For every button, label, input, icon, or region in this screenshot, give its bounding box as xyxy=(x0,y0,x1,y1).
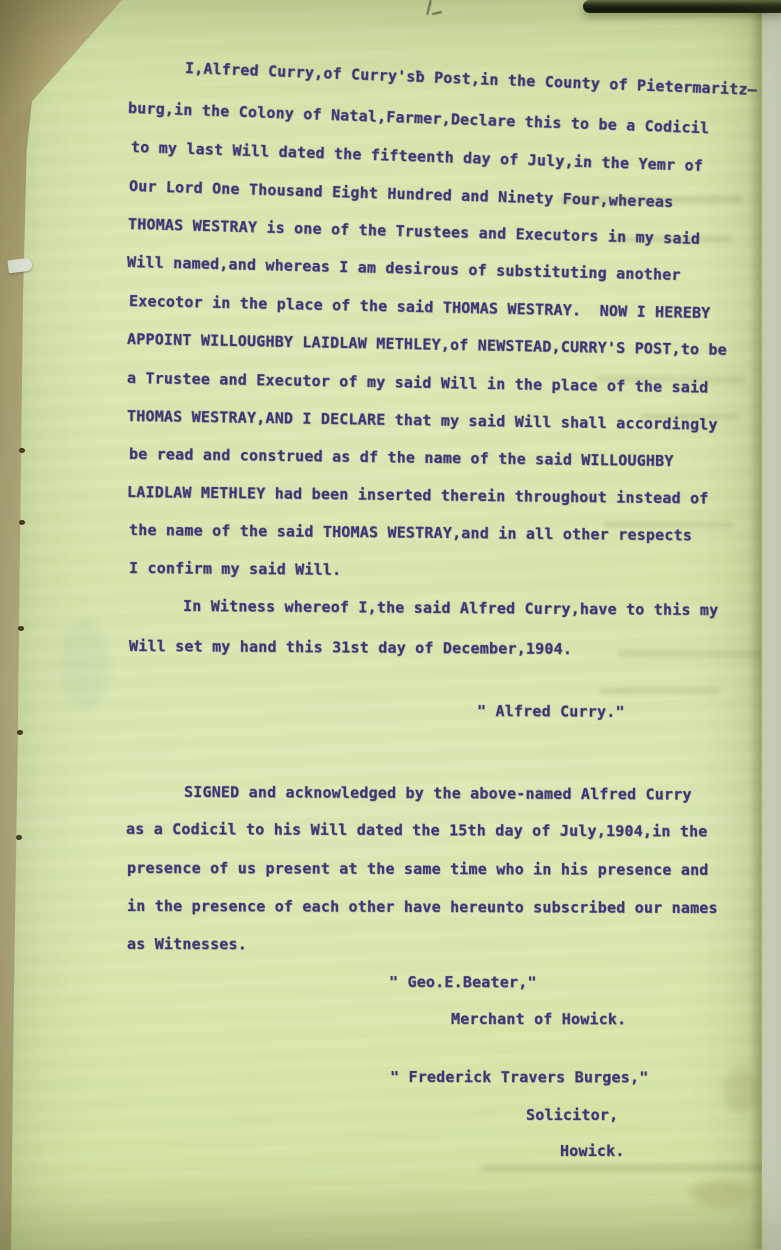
stain-mark xyxy=(690,1180,752,1206)
stitch-hole xyxy=(16,835,22,840)
typed-line: SIGNED and acknowledged by the above-nam… xyxy=(184,784,692,803)
stitch-hole xyxy=(17,730,23,735)
typed-line: " Geo.E.Beater," xyxy=(389,974,537,991)
stitch-hole xyxy=(19,448,25,453)
typed-line: " Frederick Travers Burges," xyxy=(390,1069,648,1086)
typed-line: Merchant of Howick. xyxy=(451,1011,626,1028)
typed-line: Howick. xyxy=(560,1143,625,1160)
typed-line: in the presence of each other have hereu… xyxy=(127,898,718,917)
bleedthrough-mark xyxy=(600,688,720,694)
typed-line: " Alfred Curry." xyxy=(477,703,625,720)
typed-line: as Witnesses. xyxy=(127,936,247,953)
underlay-page-edge xyxy=(762,12,781,1250)
scanned-document-page: I,Alfred Curry,of Curry'sƀ Post,in the C… xyxy=(0,0,781,1250)
typed-line: In Witness whereof I,the said Alfred Cur… xyxy=(183,598,719,619)
stitch-hole xyxy=(18,626,24,631)
page-edge-crease xyxy=(749,12,762,1250)
typed-line: Will set my hand this 31st day of Decemb… xyxy=(129,638,572,658)
typed-line: as a Codicil to his Will dated the 15th … xyxy=(126,821,708,840)
typed-line: I confirm my said Will. xyxy=(129,560,341,578)
binder-edge-bar xyxy=(583,0,781,13)
typed-line: presence of us present at the same time … xyxy=(127,860,709,879)
bleedthrough-mark xyxy=(618,650,763,657)
stain-mark xyxy=(60,620,110,710)
bleedthrough-mark xyxy=(480,1164,770,1172)
typed-line: Solicitor, xyxy=(526,1107,618,1124)
stitch-hole xyxy=(19,520,25,525)
